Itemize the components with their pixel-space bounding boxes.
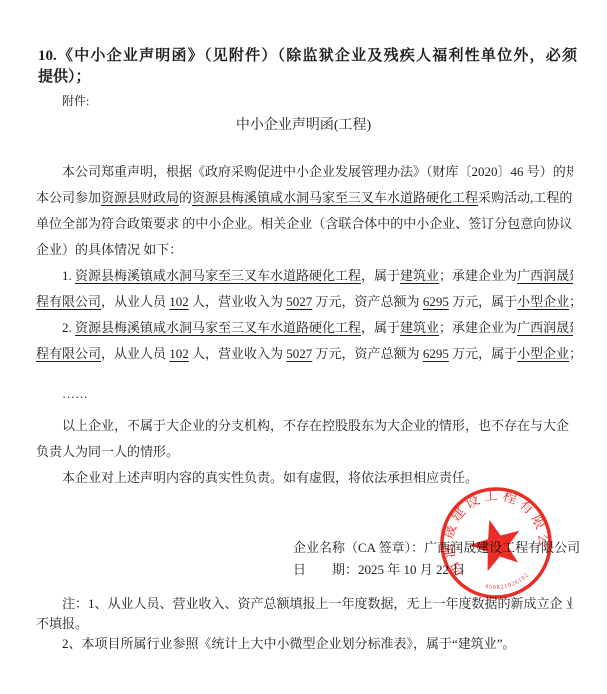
declaration-item-1: 1. 资源县梅溪镇咸水洞马家至三叉车水道路硬化工程，属于建筑业；承建企业为广西润… xyxy=(36,263,573,315)
note-2: 2、本项目所属行业参照《统计上大中小微型企业划分标准表》，属于“建筑业”。 xyxy=(36,634,573,654)
ellipsis-line: …… xyxy=(36,381,573,407)
note-1: 注：1、从业人员、营业收入、资产总额填报上一年度数据，无上一年度数据的新成立企 … xyxy=(36,594,573,634)
signature-block: 企业名称（CA 签章）：广西润晟建设工程有限公司 日 期：2025 年 10 月… xyxy=(293,537,607,581)
signature-company-line: 企业名称（CA 签章）：广西润晟建设工程有限公司 xyxy=(293,537,607,559)
notes-block: 注：1、从业人员、营业收入、资产总额填报上一年度数据，无上一年度数据的新成立企 … xyxy=(36,594,573,654)
attachment-label: 附件: xyxy=(62,93,607,109)
signature-date-line: 日 期：2025 年 10 月 22 日 xyxy=(293,559,607,581)
document-heading: 10.《中小企业声明函》（见附件）（除监狱企业及残疾人福利性单位外，必须提供）； xyxy=(38,46,577,88)
declaration-item-2: 2. 资源县梅溪镇咸水洞马家至三叉车水道路硬化工程，属于建筑业；承建企业为广西润… xyxy=(36,315,573,367)
document-page: 10.《中小企业声明函》（见附件）（除监狱企业及残疾人福利性单位外，必须提供）；… xyxy=(0,0,607,694)
declaration-paragraph-1: 本公司郑重声明，根据《政府采购促进中小企业发展管理办法》（财库〔2020〕46 … xyxy=(36,159,573,263)
document-title: 中小企业声明函(工程) xyxy=(0,117,607,135)
declaration-body: 本公司郑重声明，根据《政府采购促进中小企业发展管理办法》（财库〔2020〕46 … xyxy=(36,159,573,491)
declaration-paragraph-2: 以上企业，不属于大企业的分支机构，不存在控股股东为大企业的情形，也不存在与大企 … xyxy=(36,413,573,465)
declaration-paragraph-3: 本企业对上述声明内容的真实性负责。如有虚假，将依法承担相应责任。 xyxy=(36,465,573,491)
